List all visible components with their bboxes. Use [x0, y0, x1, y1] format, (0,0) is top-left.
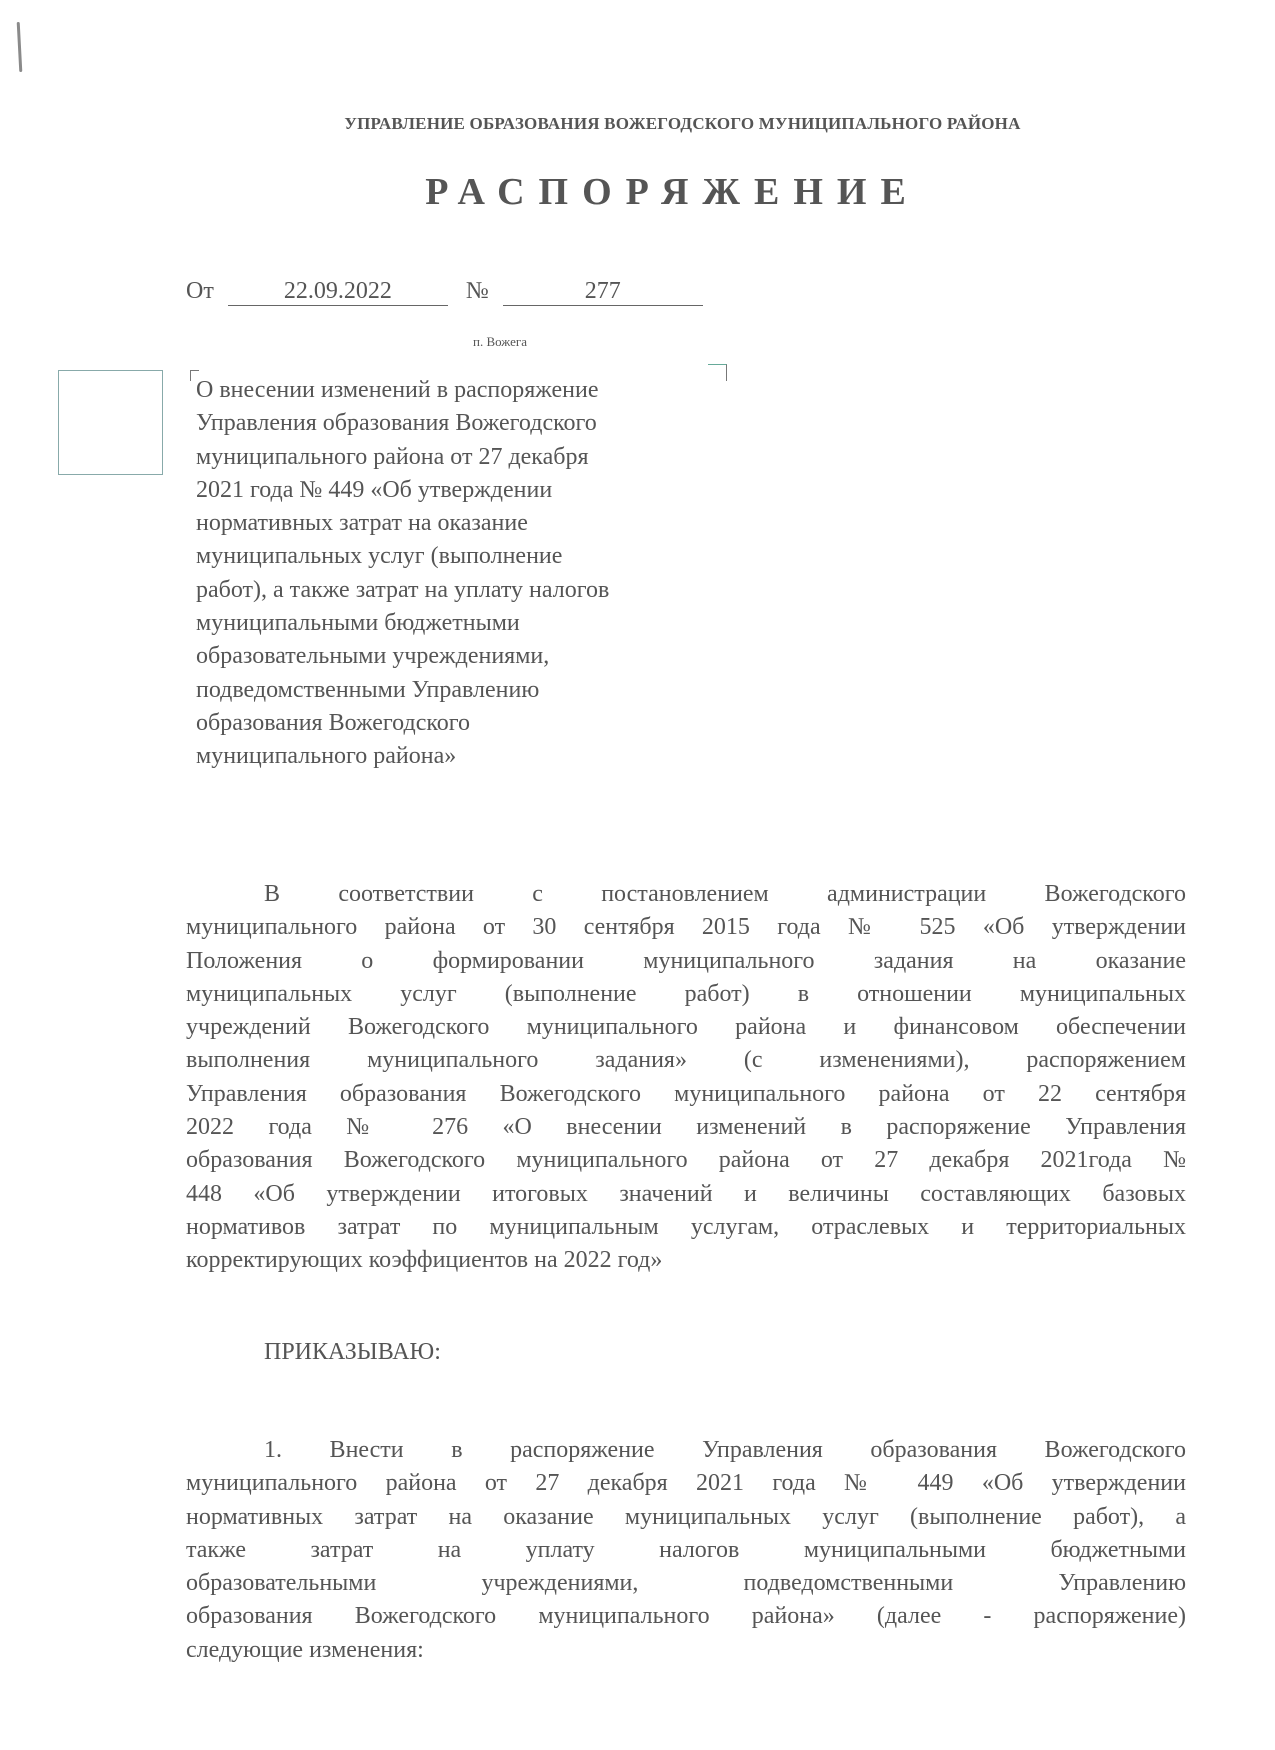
text-line: образовательными учреждениями, подведомс… [186, 1567, 1186, 1600]
subject-line: работ), а также затрат на уплату налогов [196, 574, 736, 607]
place-of-issue: п. Вожега [0, 334, 1000, 350]
text-line: корректирующих коэффициентов на 2022 год… [186, 1244, 1186, 1277]
text-line: муниципальных услуг (выполнение работ) в… [186, 978, 1186, 1011]
text-line: образования Вожегодского муниципального … [186, 1600, 1186, 1633]
subject-line: образовательными учреждениями, [196, 640, 736, 673]
text-line: следующие изменения: [186, 1634, 1186, 1667]
text-line: также затрат на уплату налогов муниципал… [186, 1534, 1186, 1567]
subject-line: 2021 года № 449 «Об утверждении [196, 474, 736, 507]
document-number: 277 [503, 278, 703, 306]
text-line: муниципального района от 30 сентября 201… [186, 911, 1186, 944]
subject-line: муниципальных услуг (выполнение [196, 540, 736, 573]
subject-line: муниципального района» [196, 740, 736, 773]
order-word: ПРИКАЗЫВАЮ: [264, 1339, 441, 1366]
text-line: образования Вожегодского муниципального … [186, 1144, 1186, 1177]
text-line: нормативов затрат по муниципальным услуг… [186, 1211, 1186, 1244]
organization-header: УПРАВЛЕНИЕ ОБРАЗОВАНИЯ ВОЖЕГОДСКОГО МУНИ… [0, 114, 1275, 134]
text-line: Управления образования Вожегодского муни… [186, 1078, 1186, 1111]
text-line: Положения о формировании муниципального … [186, 945, 1186, 978]
preamble-paragraph: В соответствии с постановлением админист… [186, 878, 1186, 1278]
date-label: От [186, 278, 214, 305]
item-1-paragraph: 1. Внести в распоряжение Управления обра… [186, 1434, 1186, 1667]
text-line: муниципального района от 27 декабря 2021… [186, 1467, 1186, 1500]
stamp-box [58, 370, 163, 475]
number-label: № [466, 278, 489, 305]
document-subject: О внесении изменений в распоряжение Упра… [196, 374, 736, 774]
subject-line: нормативных затрат на оказание [196, 507, 736, 540]
text-line: 1. Внести в распоряжение Управления обра… [186, 1434, 1186, 1467]
scan-edge-mark [17, 22, 23, 72]
document-date: 22.09.2022 [228, 278, 448, 306]
text-line: В соответствии с постановлением админист… [186, 878, 1186, 911]
document-type-title: РАСПОРЯЖЕНИЕ [0, 170, 1275, 214]
text-line: 2022 года № 276 «О внесении изменений в … [186, 1111, 1186, 1144]
text-line: 448 «Об утверждении итоговых значений и … [186, 1178, 1186, 1211]
subject-line: Управления образования Вожегодского [196, 407, 736, 440]
subject-line: подведомственными Управлению [196, 674, 736, 707]
text-line: нормативных затрат на оказание муниципал… [186, 1501, 1186, 1534]
subject-line: муниципальными бюджетными [196, 607, 736, 640]
text-line: выполнения муниципального задания» (с из… [186, 1044, 1186, 1077]
subject-line: О внесении изменений в распоряжение [196, 374, 736, 407]
subject-line: образования Вожегодского [196, 707, 736, 740]
subject-line: муниципального района от 27 декабря [196, 441, 736, 474]
date-number-line: От 22.09.2022 № 277 [186, 278, 703, 306]
text-line: учреждений Вожегодского муниципального р… [186, 1011, 1186, 1044]
